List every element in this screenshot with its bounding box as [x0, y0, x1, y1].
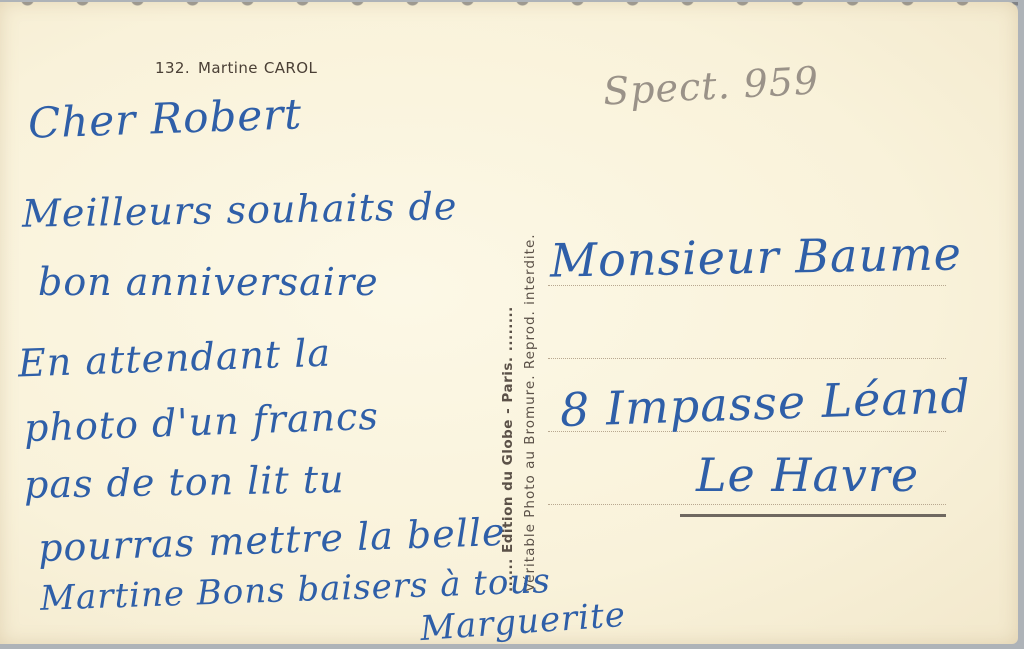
- message-line-1: Cher Robert: [27, 89, 303, 148]
- message-line-3: bon anniversaire: [38, 260, 379, 304]
- address-name: Monsieur Baume: [550, 226, 963, 287]
- printed-caption: 132.MartineCAROL: [155, 59, 317, 77]
- caption-first-name: Martine: [198, 59, 258, 77]
- message-line-7: pourras mettre la belle: [37, 510, 506, 570]
- message-line-5: photo d'un francs: [23, 394, 379, 450]
- address-city: Le Havre: [696, 448, 919, 502]
- message-line-2: Meilleurs souhaits de: [22, 184, 458, 236]
- postcard-back: 132.MartineCAROL Spect. 959 ...... Editi…: [0, 2, 1018, 644]
- address-underline: [680, 514, 946, 517]
- publisher-imprint: ...... Edition du Globe - Paris. .......…: [500, 233, 538, 592]
- caption-number: 132.: [155, 59, 190, 77]
- deckled-edge: [0, 2, 1018, 8]
- address-street: 8 Impasse Léand: [559, 369, 972, 437]
- message-line-4: En attendant la: [17, 331, 331, 386]
- pencil-annotation: Spect. 959: [602, 58, 820, 113]
- caption-surname: CAROL: [264, 59, 317, 77]
- address-line-2: [548, 358, 946, 359]
- message-line-6: pas de ton lit tu: [24, 457, 345, 507]
- address-line-4: [548, 504, 946, 505]
- publisher-line-2: Véritable Photo au Bromure. Reprod. inte…: [522, 233, 538, 592]
